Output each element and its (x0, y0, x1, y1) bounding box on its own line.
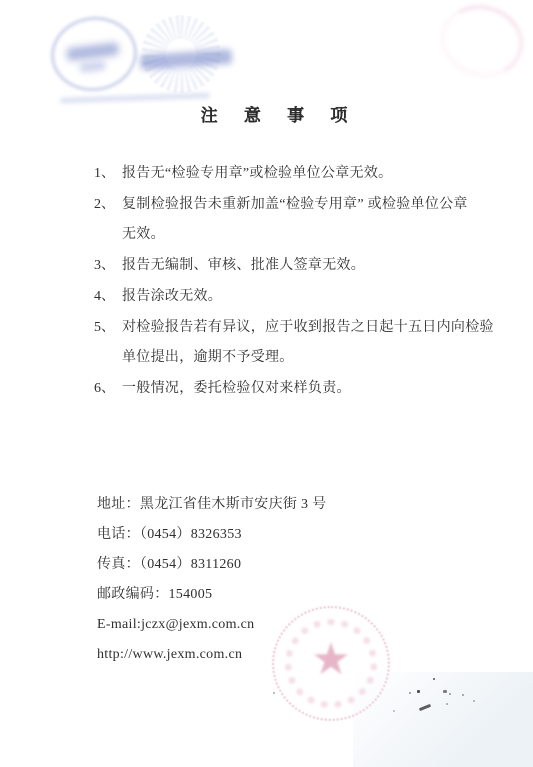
ink-speck (417, 690, 420, 693)
stamp-ink-smudge (140, 49, 233, 70)
ink-speck (462, 694, 464, 696)
note-text: 报告无“检验专用章”或检验单位公章无效。 (122, 159, 504, 189)
note-number: 1、 (94, 159, 122, 189)
ink-speck (433, 678, 435, 680)
note-item: 3、报告无编制、审核、批准人签章无效。 (94, 251, 504, 281)
contact-phone: 电话：（0454）8326353 (97, 520, 326, 550)
stamp-ink-blob (79, 61, 106, 73)
note-number: 2、 (94, 190, 122, 250)
note-line: 报告无“检验专用章”或检验单位公章无效。 (122, 159, 504, 189)
contact-address: 地址：黑龙江省佳木斯市安庆街 3 号 (97, 490, 326, 520)
page-title: 注 意 事 项 (0, 101, 533, 126)
note-line: 无效。 (122, 220, 504, 250)
note-line: 报告涂改无效。 (122, 282, 504, 312)
contact-fax: 传真：（0454）8311260 (97, 550, 326, 580)
ink-speck (393, 710, 395, 712)
note-line: 一般情况，委托检验仅对来样负责。 (122, 374, 504, 404)
note-item: 2、复制检验报告未重新加盖“检验专用章” 或检验单位公章无效。 (94, 190, 504, 250)
note-item: 4、报告涂改无效。 (94, 282, 504, 312)
pink-ring-stamp (434, 0, 530, 85)
blue-round-stamp (141, 15, 221, 93)
note-item: 1、报告无“检验专用章”或检验单位公章无效。 (94, 159, 504, 189)
ink-speck (443, 690, 447, 693)
note-text: 报告无编制、审核、批准人签章无效。 (122, 251, 504, 281)
ink-speck (473, 700, 475, 702)
note-text: 报告涂改无效。 (122, 282, 504, 312)
contact-website: http://www.jexm.com.cn (97, 640, 326, 670)
contact-email: E-mail:jczx@jexm.com.cn (97, 610, 326, 640)
ink-speck (449, 693, 451, 695)
scan-shading (353, 672, 533, 767)
document-page: 注 意 事 项 1、报告无“检验专用章”或检验单位公章无效。2、复制检验报告未重… (0, 0, 533, 767)
blue-oval-stamp (47, 12, 141, 96)
note-item: 6、一般情况，委托检验仅对来样负责。 (94, 374, 504, 404)
stamp-ink-blob (66, 42, 119, 61)
note-text: 一般情况，委托检验仅对来样负责。 (122, 374, 504, 404)
note-line: 单位提出，逾期不予受理。 (122, 343, 504, 373)
note-line: 对检验报告若有异议，应于收到报告之日起十五日内向检验 (122, 313, 504, 343)
note-number: 3、 (94, 251, 122, 281)
notes-list: 1、报告无“检验专用章”或检验单位公章无效。2、复制检验报告未重新加盖“检验专用… (94, 159, 504, 405)
contact-postal-code: 邮政编码：154005 (97, 580, 326, 610)
note-item: 5、对检验报告若有异议，应于收到报告之日起十五日内向检验单位提出，逾期不予受理。 (94, 313, 504, 373)
ink-speck (446, 703, 448, 705)
note-line: 报告无编制、审核、批准人签章无效。 (122, 251, 504, 281)
note-line: 复制检验报告未重新加盖“检验专用章” 或检验单位公章 (122, 190, 504, 220)
note-number: 4、 (94, 282, 122, 312)
ink-speck (409, 692, 411, 694)
note-text: 复制检验报告未重新加盖“检验专用章” 或检验单位公章无效。 (122, 190, 504, 250)
contact-block: 地址：黑龙江省佳木斯市安庆街 3 号 电话：（0454）8326353 传真：（… (97, 490, 326, 670)
note-text: 对检验报告若有异议，应于收到报告之日起十五日内向检验单位提出，逾期不予受理。 (122, 313, 504, 373)
note-number: 5、 (94, 313, 122, 373)
ink-speck (419, 704, 431, 711)
ink-speck (273, 692, 275, 694)
note-number: 6、 (94, 374, 122, 404)
